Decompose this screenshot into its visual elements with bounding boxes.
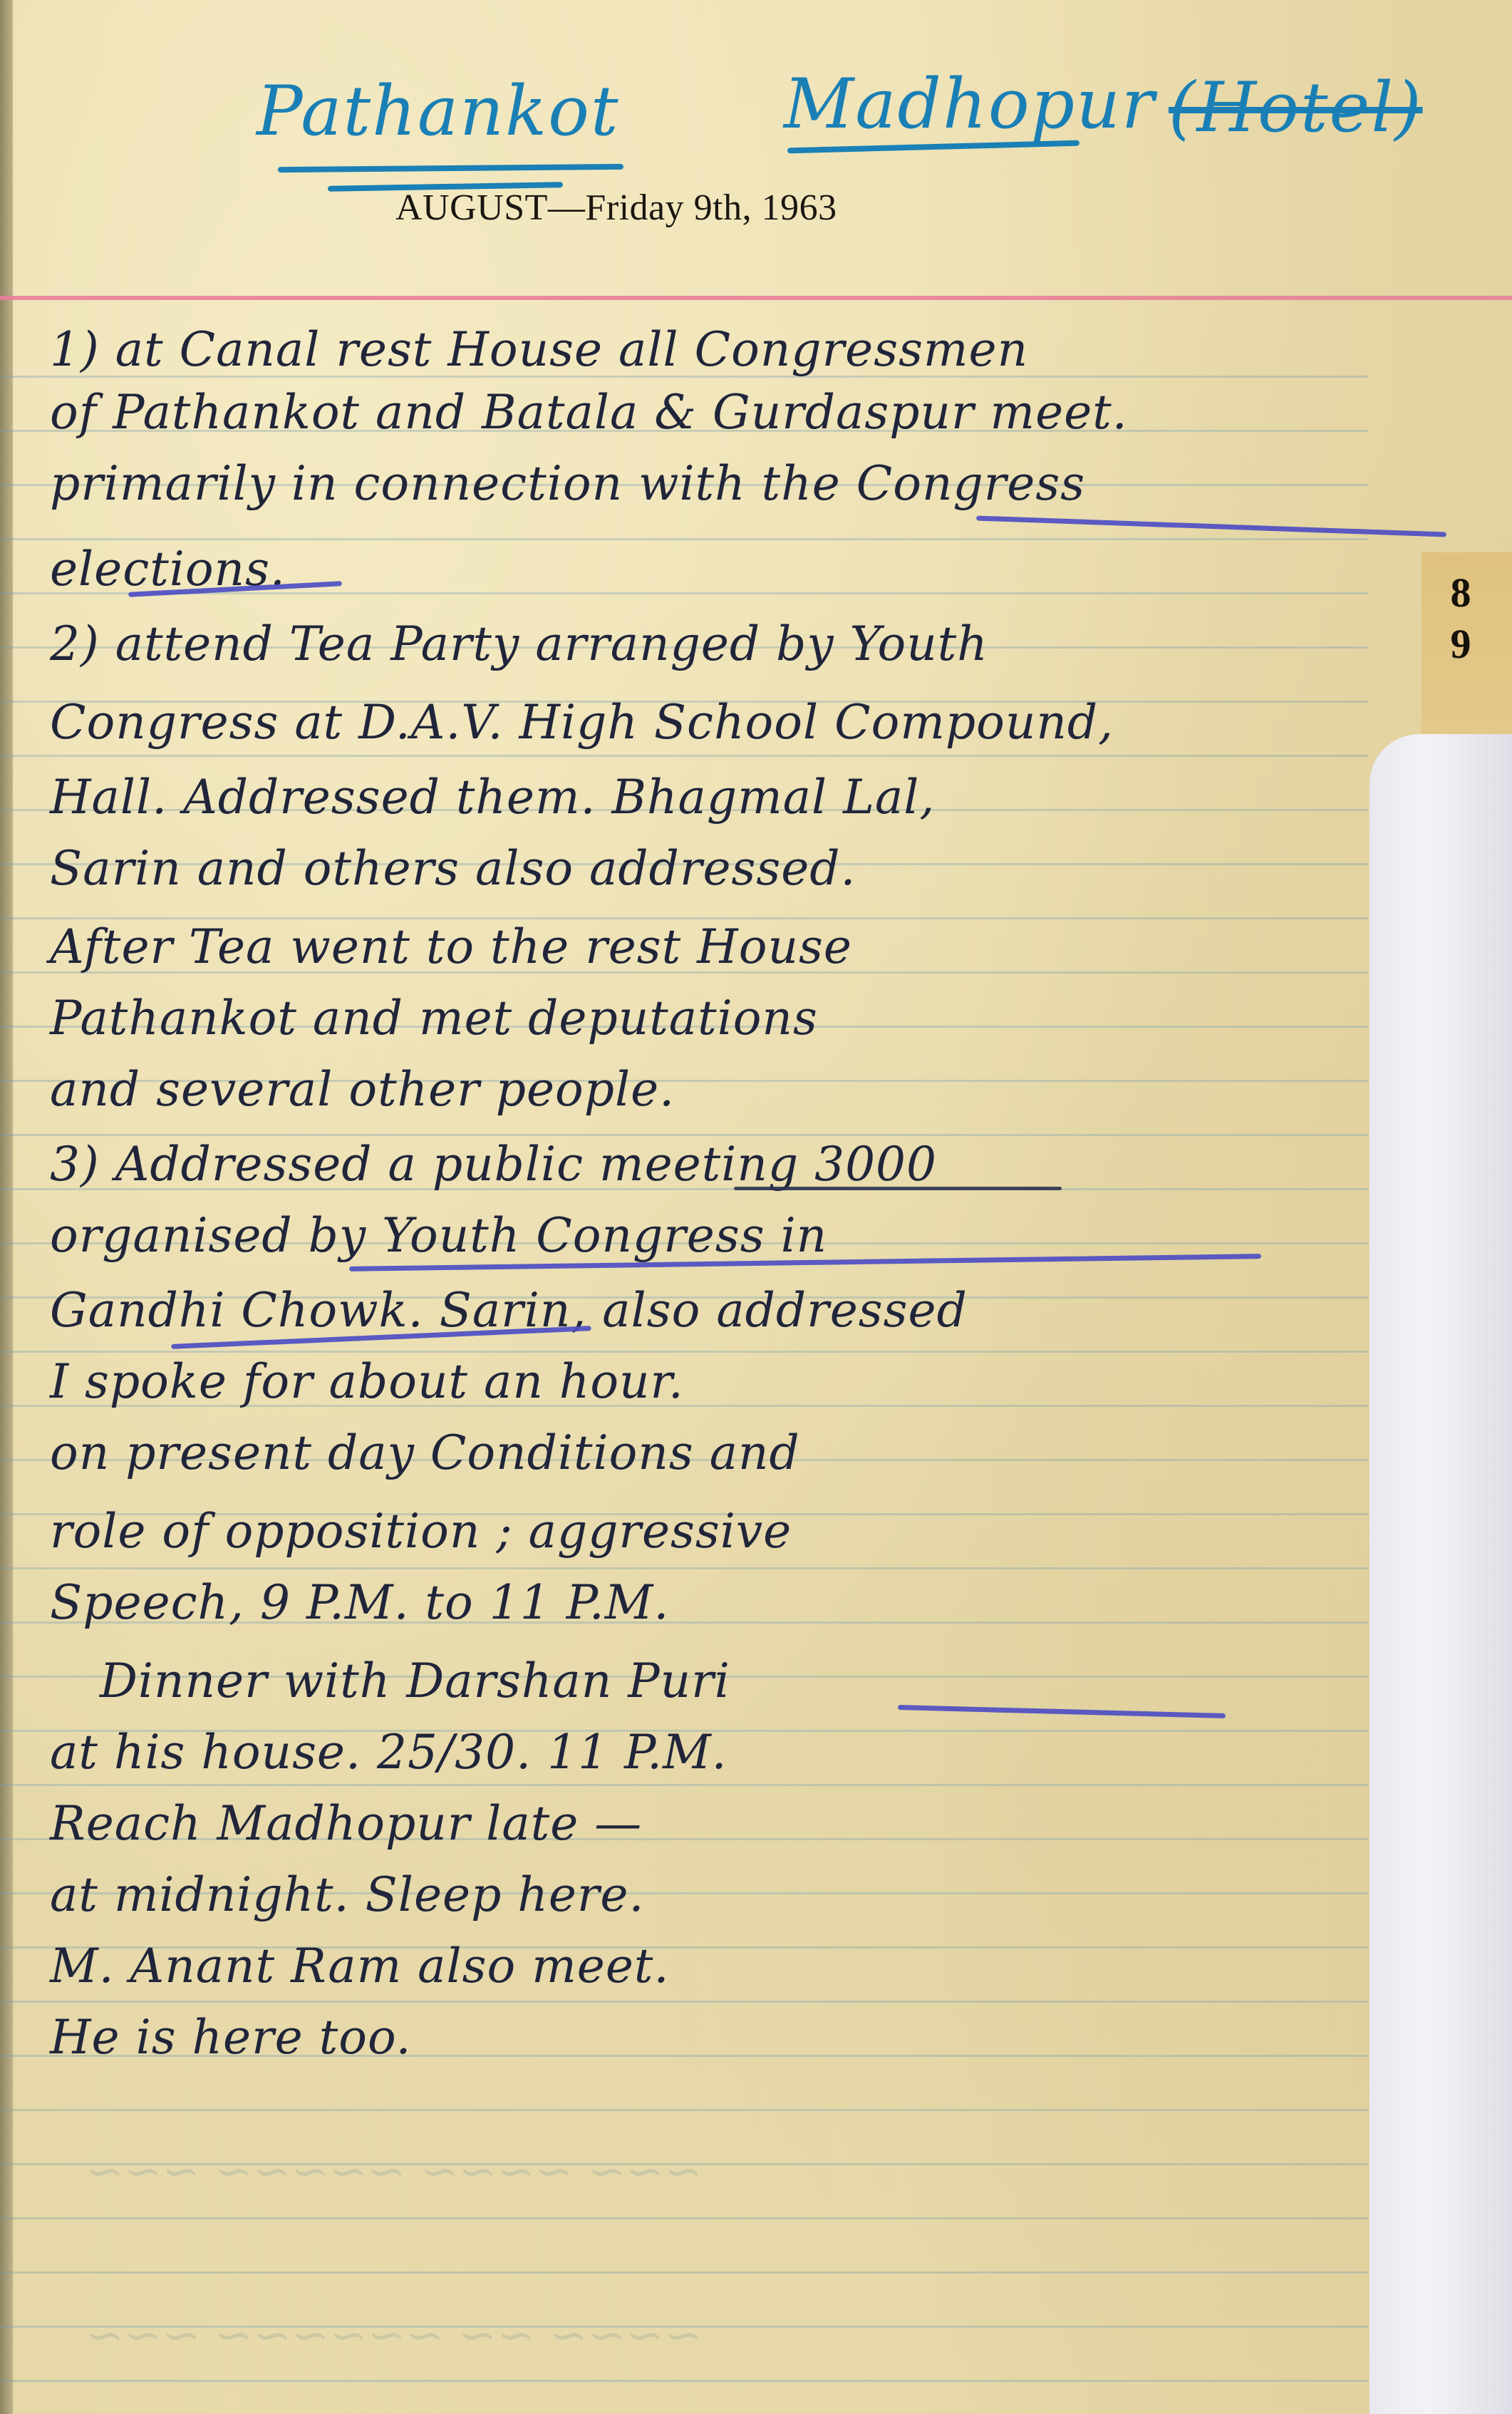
printed-date: AUGUST—Friday 9th, 1963 [395, 187, 837, 229]
tab-number-top: 8 [1432, 569, 1489, 617]
entry-line: After Tea went to the rest House [50, 919, 852, 974]
entry-line: 1) at Canal rest House all Congressmen [50, 322, 1028, 377]
handwritten-header: Pathankot Madhopur (Hotel) [0, 43, 1512, 185]
entry-line: Dinner with Darshan Puri [100, 1654, 730, 1708]
entry-line: at his house. 25/30. 11 P.M. [50, 1725, 727, 1780]
entry-line: Hall. Addressed them. Bhagmal Lal, [50, 770, 935, 825]
entry-line: He is here too. [50, 2010, 412, 2065]
bleed-through-text: ~~~~ ~~ ~~~~~~ ~~~ [86, 2309, 702, 2362]
tab-number-bottom: 9 [1432, 620, 1489, 668]
entry-line: Congress at D.A.V. High School Compound, [50, 695, 1114, 750]
header-place-right: Madhopur [784, 64, 1156, 144]
header-struck-parenthetical: (Hotel) [1169, 68, 1423, 148]
header-underline-1 [278, 164, 623, 172]
red-header-rule [0, 296, 1512, 300]
entry-line: 3) Addressed a public meeting 3000 [50, 1137, 937, 1192]
white-insert-sheet [1369, 734, 1512, 2414]
entry-line: Pathankot and met deputations [50, 991, 818, 1046]
entry-line: of Pathankot and Batala & Gurdaspur meet… [50, 385, 1128, 440]
entry-line: Reach Madhopur late — [50, 1796, 642, 1851]
header-place-left: Pathankot [257, 71, 620, 151]
dark-underline [734, 1187, 1062, 1190]
bleed-through-text: ~~~ ~~~~ ~~~~~ ~~~ [86, 2145, 702, 2198]
entry-line: role of opposition ; aggressive [50, 1504, 792, 1559]
entry-line: on present day Conditions and [50, 1425, 800, 1480]
entry-line: and several other people. [50, 1062, 675, 1117]
entry-line: primarily in connection with the Congres… [50, 456, 1085, 511]
entry-line: Sarin and others also addressed. [50, 841, 856, 896]
entry-line: at midnight. Sleep here. [50, 1867, 644, 1922]
entry-line: M. Anant Ram also meet. [50, 1939, 669, 1993]
entry-line: I spoke for about an hour. [50, 1354, 684, 1409]
entry-line: 2) attend Tea Party arranged by Youth [50, 617, 988, 671]
diary-page: Pathankot Madhopur (Hotel) AUGUST—Friday… [0, 0, 1512, 2414]
entry-line: Speech, 9 P.M. to 11 P.M. [50, 1575, 669, 1630]
entry-line: organised by Youth Congress in [50, 1208, 827, 1263]
